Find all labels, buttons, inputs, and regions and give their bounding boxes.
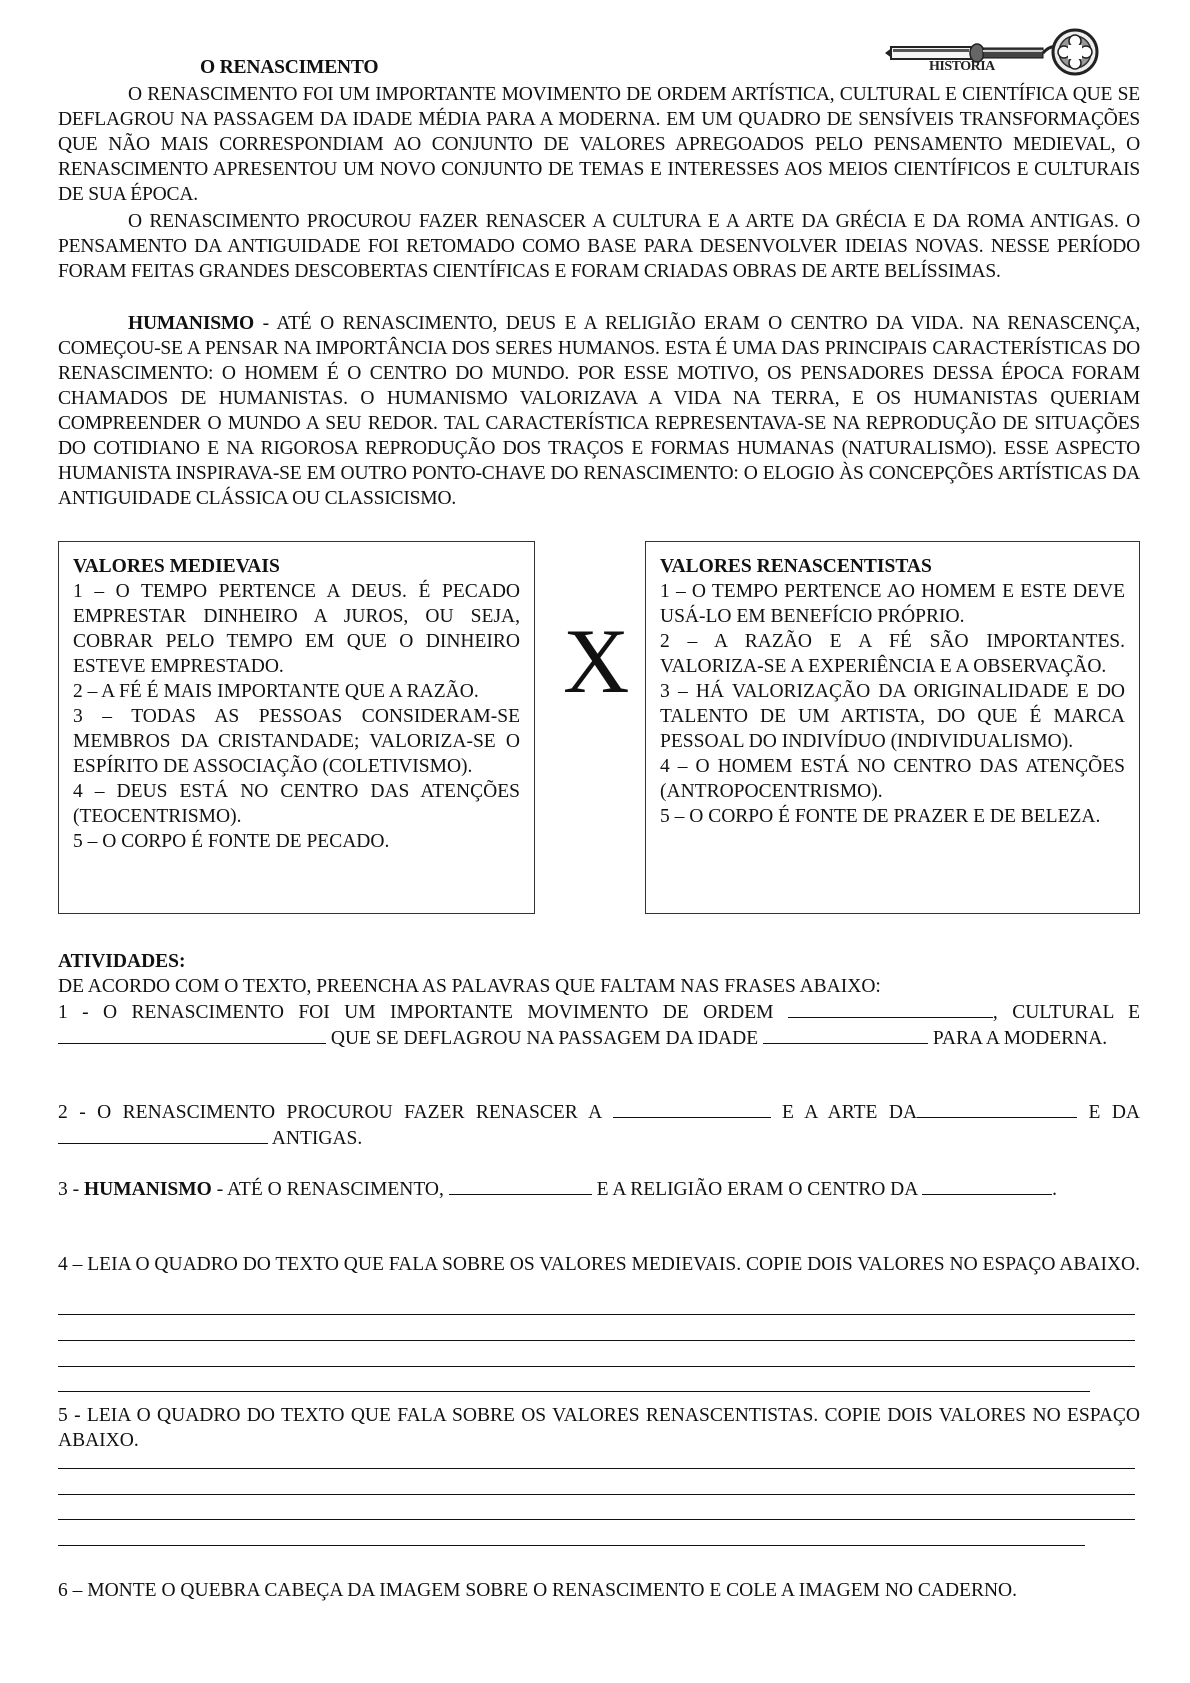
q3-text: .: [1052, 1179, 1057, 1200]
q3-text: 3 -: [58, 1179, 84, 1200]
humanismo-term: HUMANISMO: [128, 313, 254, 334]
medieval-values-title: VALORES MEDIEVAIS: [73, 554, 520, 579]
renaissance-value-item: 5 – O CORPO É FONTE DE PRAZER E DE BELEZ…: [660, 804, 1125, 829]
q4-answer-line[interactable]: [58, 1366, 1135, 1367]
q4-answer-line[interactable]: [58, 1340, 1135, 1341]
activities-instruction: DE ACORDO COM O TEXTO, PREENCHA AS PALAV…: [58, 974, 1140, 999]
question-1: 1 - O RENASCIMENTO FOI UM IMPORTANTE MOV…: [58, 999, 1140, 1051]
logo-label: HISTORIA: [929, 59, 995, 75]
historia-logo: HISTORIA: [885, 25, 1110, 80]
q1-blank-3[interactable]: [763, 1025, 928, 1044]
humanismo-text: - ATÉ O RENASCIMENTO, DEUS E A RELIGIÃO …: [58, 313, 1140, 509]
q1-text: PARA A MODERNA.: [928, 1028, 1107, 1049]
key-icon: [885, 25, 1110, 80]
q2-blank-3[interactable]: [58, 1125, 268, 1144]
intro-paragraph: O RENASCIMENTO FOI UM IMPORTANTE MOVIMEN…: [58, 82, 1140, 207]
q3-text: E A RELIGIÃO ERAM O CENTRO DA: [592, 1179, 922, 1200]
renaissance-value-item: 3 – HÁ VALORIZAÇÃO DA ORIGINALIDADE E DO…: [660, 679, 1125, 754]
q5-answer-line[interactable]: [58, 1519, 1135, 1520]
humanismo-paragraph: HUMANISMO - ATÉ O RENASCIMENTO, DEUS E A…: [58, 311, 1140, 511]
q3-blank-1[interactable]: [449, 1176, 592, 1195]
q2-text: E A ARTE DA: [771, 1102, 917, 1123]
q1-blank-2[interactable]: [58, 1025, 326, 1044]
q1-text: 1 - O RENASCIMENTO FOI UM IMPORTANTE MOV…: [58, 1002, 788, 1023]
question-5: 5 - LEIA O QUADRO DO TEXTO QUE FALA SOBR…: [58, 1403, 1140, 1453]
worksheet-page: O RENASCIMENTO HISTORIA O RENASCIMENTO F…: [0, 0, 1190, 1683]
medieval-values-box: VALORES MEDIEVAIS 1 – O TEMPO PERTENCE A…: [58, 541, 535, 914]
q5-answer-line[interactable]: [58, 1545, 1085, 1546]
medieval-value-item: 4 – DEUS ESTÁ NO CENTRO DAS ATENÇÕES (TE…: [73, 779, 520, 829]
q4-answer-line[interactable]: [58, 1314, 1135, 1315]
q1-text: , CULTURAL E: [993, 1002, 1140, 1023]
medieval-value-item: 5 – O CORPO É FONTE DE PECADO.: [73, 829, 520, 854]
question-3: 3 - HUMANISMO - ATÉ O RENASCIMENTO, E A …: [58, 1176, 1140, 1202]
q1-blank-1[interactable]: [788, 999, 993, 1018]
renaissance-value-item: 4 – O HOMEM ESTÁ NO CENTRO DAS ATENÇÕES …: [660, 754, 1125, 804]
question-6: 6 – MONTE O QUEBRA CABEÇA DA IMAGEM SOBR…: [58, 1578, 1140, 1603]
medieval-value-item: 1 – O TEMPO PERTENCE A DEUS. É PECADO EM…: [73, 579, 520, 679]
q2-blank-2[interactable]: [917, 1099, 1077, 1118]
q5-answer-line[interactable]: [58, 1494, 1135, 1495]
q1-text: QUE SE DEFLAGROU NA PASSAGEM DA IDADE: [326, 1028, 763, 1049]
q2-text: 2 - O RENASCIMENTO PROCUROU FAZER RENASC…: [58, 1102, 613, 1123]
q5-answer-line[interactable]: [58, 1468, 1135, 1469]
renaissance-value-item: 1 – O TEMPO PERTENCE AO HOMEM E ESTE DEV…: [660, 579, 1125, 629]
medieval-value-item: 3 – TODAS AS PESSOAS CONSIDERAM-SE MEMBR…: [73, 704, 520, 779]
renaissance-value-item: 2 – A RAZÃO E A FÉ SÃO IMPORTANTES. VALO…: [660, 629, 1125, 679]
question-4: 4 – LEIA O QUADRO DO TEXTO QUE FALA SOBR…: [58, 1252, 1140, 1277]
q2-text: E DA: [1077, 1102, 1140, 1123]
page-title: O RENASCIMENTO: [200, 57, 378, 79]
renaissance-values-title: VALORES RENASCENTISTAS: [660, 554, 1125, 579]
medieval-value-item: 2 – A FÉ É MAIS IMPORTANTE QUE A RAZÃO.: [73, 679, 520, 704]
question-2: 2 - O RENASCIMENTO PROCUROU FAZER RENASC…: [58, 1099, 1140, 1151]
q2-blank-1[interactable]: [613, 1099, 771, 1118]
renaissance-values-box: VALORES RENASCENTISTAS 1 – O TEMPO PERTE…: [645, 541, 1140, 914]
activities-heading: ATIVIDADES:: [58, 949, 1140, 974]
q4-answer-line[interactable]: [58, 1391, 1090, 1392]
q3-humanismo-term: HUMANISMO: [84, 1179, 212, 1200]
greece-rome-paragraph: O RENASCIMENTO PROCUROU FAZER RENASCER A…: [58, 209, 1140, 284]
versus-separator: X: [563, 615, 629, 707]
q3-text: - ATÉ O RENASCIMENTO,: [212, 1179, 449, 1200]
q2-text: ANTIGAS.: [268, 1128, 362, 1149]
q3-blank-2[interactable]: [922, 1176, 1052, 1195]
